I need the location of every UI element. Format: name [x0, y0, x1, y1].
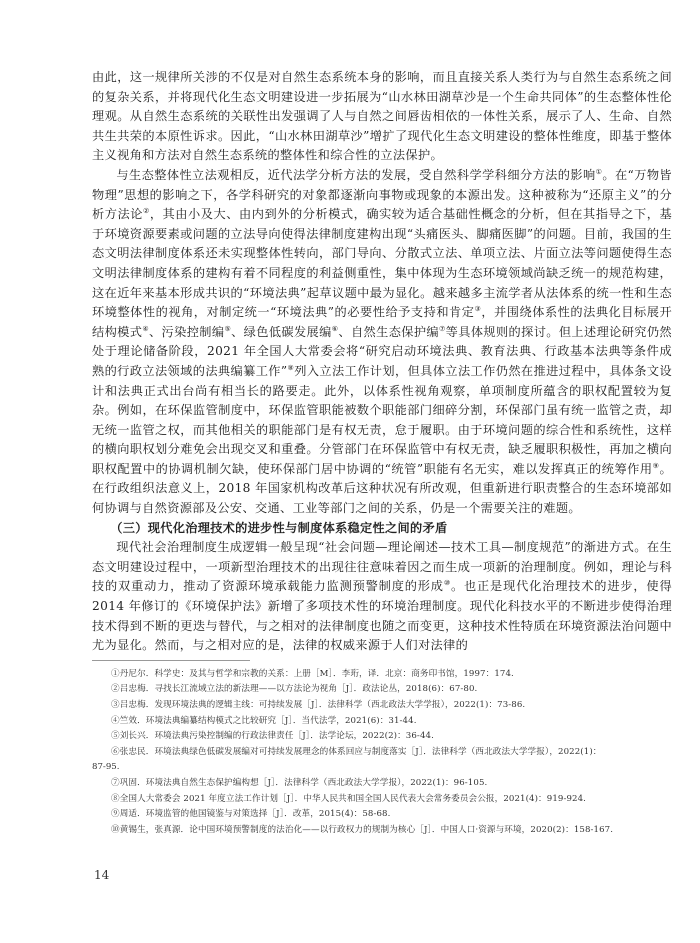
- footnote-4: ④竺效．环境法典编纂结构模式之比较研究［J］．当代法学，2021(6)：31-4…: [92, 714, 672, 730]
- p2-seg: ，其由小及大、由内到外的分析模式，确实较为适合基础性概念的分析，但在其指导之下，…: [92, 207, 672, 319]
- footnote-2: ②吕忠梅．寻找长江流域立法的新法理——以方法论为视角［J］．政法论丛，2018(…: [92, 682, 672, 698]
- footnote-8: ⑧全国人大常委会 2021 年度立法工作计划［J］．中华人民共和国全国人民代表大…: [92, 792, 672, 808]
- p2-seg: 、自然生态保护编: [338, 325, 439, 339]
- p2-seg: 与生态整体性立法观相反，近代法学分析方法的发展，受自然科学学科细分方法的影响: [116, 168, 595, 182]
- footnote-7: ⑦巩固．环境法典自然生态保护编构想［J］．法律科学（西北政法大学学报），2022…: [92, 776, 672, 792]
- paragraph-2: 与生态整体性立法观相反，近代法学分析方法的发展，受自然科学学科细分方法的影响①。…: [92, 166, 672, 519]
- page-body: 由此，这一规律所关涉的不仅是对自然生态系统本身的影响，而且直接关系人类行为与自然…: [92, 68, 672, 838]
- footnote-10: ⑩黄锡生，张真源．论中国环境预警制度的法治化——以行政权力的规制为核心［J］．中…: [92, 823, 672, 839]
- footnote-ref[interactable]: ⑩: [444, 579, 451, 587]
- footnote-ref[interactable]: ⑦: [439, 325, 446, 333]
- paragraph-3: 现代社会治理制度生成逻辑一般呈现“社会问题—理论阐述—技术工具—制度规范”的渐进…: [92, 538, 672, 656]
- page-number: 14: [94, 868, 109, 882]
- footnote-6-continued: 87-95.: [92, 760, 672, 776]
- footnote-divider: [92, 660, 250, 661]
- footnotes: ①丹尼尔．科学史：及其与哲学和宗教的关系：上册［M］．李珩，译．北京：商务印书馆…: [92, 667, 672, 839]
- footnote-1: ①丹尼尔．科学史：及其与哲学和宗教的关系：上册［M］．李珩，译．北京：商务印书馆…: [92, 667, 672, 683]
- footnote-9: ⑨周适．环境监管的他国镜鉴与对策选择［J］．改革，2015(4)：58-68.: [92, 807, 672, 823]
- p2-seg: 列入立法工作计划，但具体立法工作仍然在推进过程中，具体条文设计和法典正式出台尚有…: [92, 364, 672, 476]
- p2-seg: 、污染控制编: [149, 325, 224, 339]
- paragraph-1: 由此，这一规律所关涉的不仅是对自然生态系统本身的影响，而且直接关系人类行为与自然…: [92, 68, 672, 166]
- footnote-5: ⑤刘长兴．环境法典污染控制编的行政法律责任［J］．法学论坛，2022(2)：36…: [92, 729, 672, 745]
- footnote-6: ⑥张忠民．环境法典绿色低碳发展编对可持续发展理念的体系回应与制度落实［J］．法律…: [92, 745, 672, 761]
- footnote-3: ③吕忠梅．发现环境法典的逻辑主线：可持续发展［J］．法律科学（西北政法大学学报）…: [92, 698, 672, 714]
- footnote-ref[interactable]: ②: [143, 207, 150, 215]
- p2-seg: 、绿色低碳发展编: [231, 325, 332, 339]
- section-heading: （三）现代化治理技术的进步性与制度体系稳定性之间的矛盾: [92, 519, 672, 539]
- footnote-ref[interactable]: ④: [142, 325, 149, 333]
